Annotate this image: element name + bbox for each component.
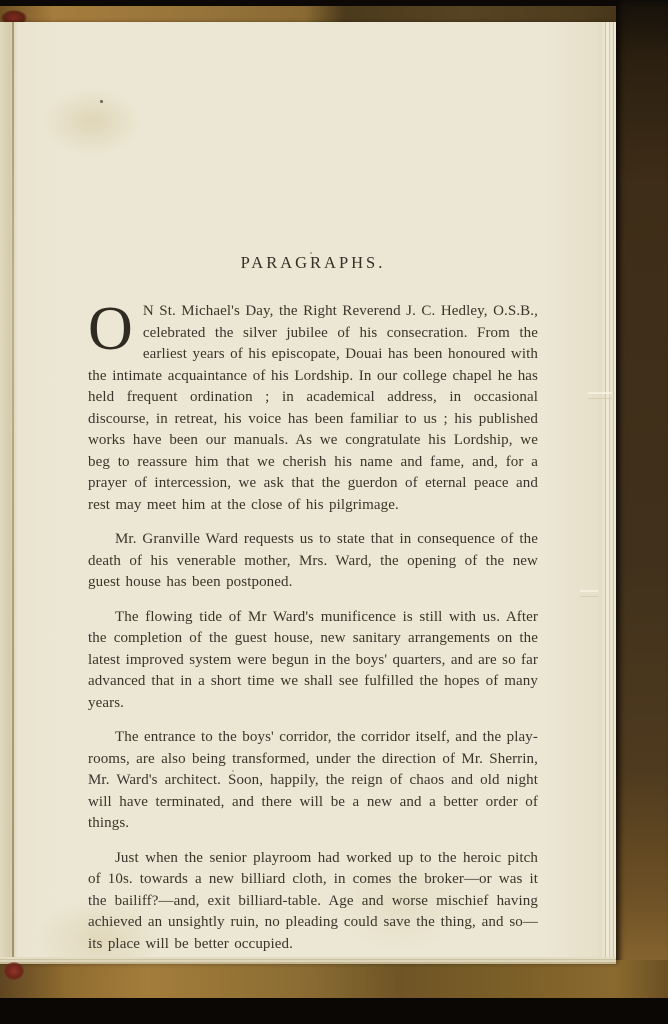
paragraph-1-text: N St. Michael's Day, the Right Reverend … xyxy=(88,303,538,513)
page-title: PARAGRAPHS. xyxy=(88,253,538,273)
drop-cap-letter: O xyxy=(88,301,143,354)
spine-wear-spot-bottom xyxy=(4,962,24,980)
paragraph-4: The entrance to the boys' corridor, the … xyxy=(88,727,538,835)
cover-right-leather xyxy=(616,0,668,1024)
book-scan-photo: PARAGRAPHS. ON St. Michael's Day, the Ri… xyxy=(0,0,668,1024)
cover-bottom-gilt-trim xyxy=(0,960,668,1002)
printed-text-block: PARAGRAPHS. ON St. Michael's Day, the Ri… xyxy=(88,253,538,955)
paragraph-1: ON St. Michael's Day, the Right Reverend… xyxy=(88,301,538,516)
book-page: PARAGRAPHS. ON St. Michael's Day, the Ri… xyxy=(0,22,616,964)
paragraph-2: Mr. Granville Ward requests us to state … xyxy=(88,529,538,594)
page-edge-sheets-bottom xyxy=(0,957,616,964)
paragraph-5: Just when the senior playroom had worked… xyxy=(88,848,538,956)
paragraph-3: The flowing tide of Mr Ward's munificenc… xyxy=(88,607,538,715)
page-gutter-fold xyxy=(0,22,18,964)
dust-speck xyxy=(100,100,103,103)
paper-crease-mark xyxy=(580,590,598,597)
page-edge-sheets-right xyxy=(602,22,616,964)
paper-crease-mark xyxy=(588,392,612,399)
cover-bottom-edge xyxy=(0,998,668,1024)
page-gutter-crease-line xyxy=(12,22,14,964)
